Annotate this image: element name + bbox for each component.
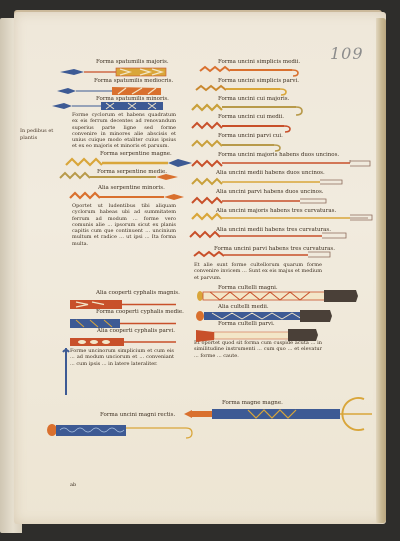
hook-double-large-illustration: [192, 160, 370, 166]
knife-medium-illustration: [196, 310, 332, 322]
covered-cautery-large-illustration: [70, 300, 176, 309]
serpentine-medium-illustration: [60, 173, 178, 180]
knife-large-illustration: [197, 290, 358, 302]
spatula-large-illustration: [60, 68, 166, 76]
hook-double-small-illustration: [192, 198, 326, 203]
instrument-illustrations: [0, 0, 400, 541]
spatula-small-illustration: [52, 102, 163, 110]
hook-triple-small-illustration: [194, 252, 330, 257]
covered-cautery-small-illustration: [70, 338, 176, 346]
knife-small-illustration: [196, 329, 318, 342]
spatula-medium-illustration: [57, 87, 161, 95]
hook-simple-small-illustration: [196, 86, 286, 95]
hook-simple-medium-illustration: [200, 67, 298, 76]
hook-triple-large-illustration: [192, 214, 372, 220]
hook-double-medium-illustration: [192, 179, 342, 184]
serpentine-small-illustration: [70, 193, 184, 200]
hook-triple-medium-illustration: [190, 232, 346, 238]
hook-curved-large-illustration: [192, 105, 302, 115]
large-ring-instrument-illustration: [184, 398, 372, 430]
hook-large-blue-illustration: [47, 424, 192, 438]
serpentine-large-illustration: [66, 159, 192, 167]
covered-cautery-medium-illustration: [70, 319, 176, 328]
hook-curved-medium-illustration: [192, 123, 290, 132]
decorated-initial: [63, 348, 69, 395]
hook-curved-small-illustration: [192, 141, 280, 151]
